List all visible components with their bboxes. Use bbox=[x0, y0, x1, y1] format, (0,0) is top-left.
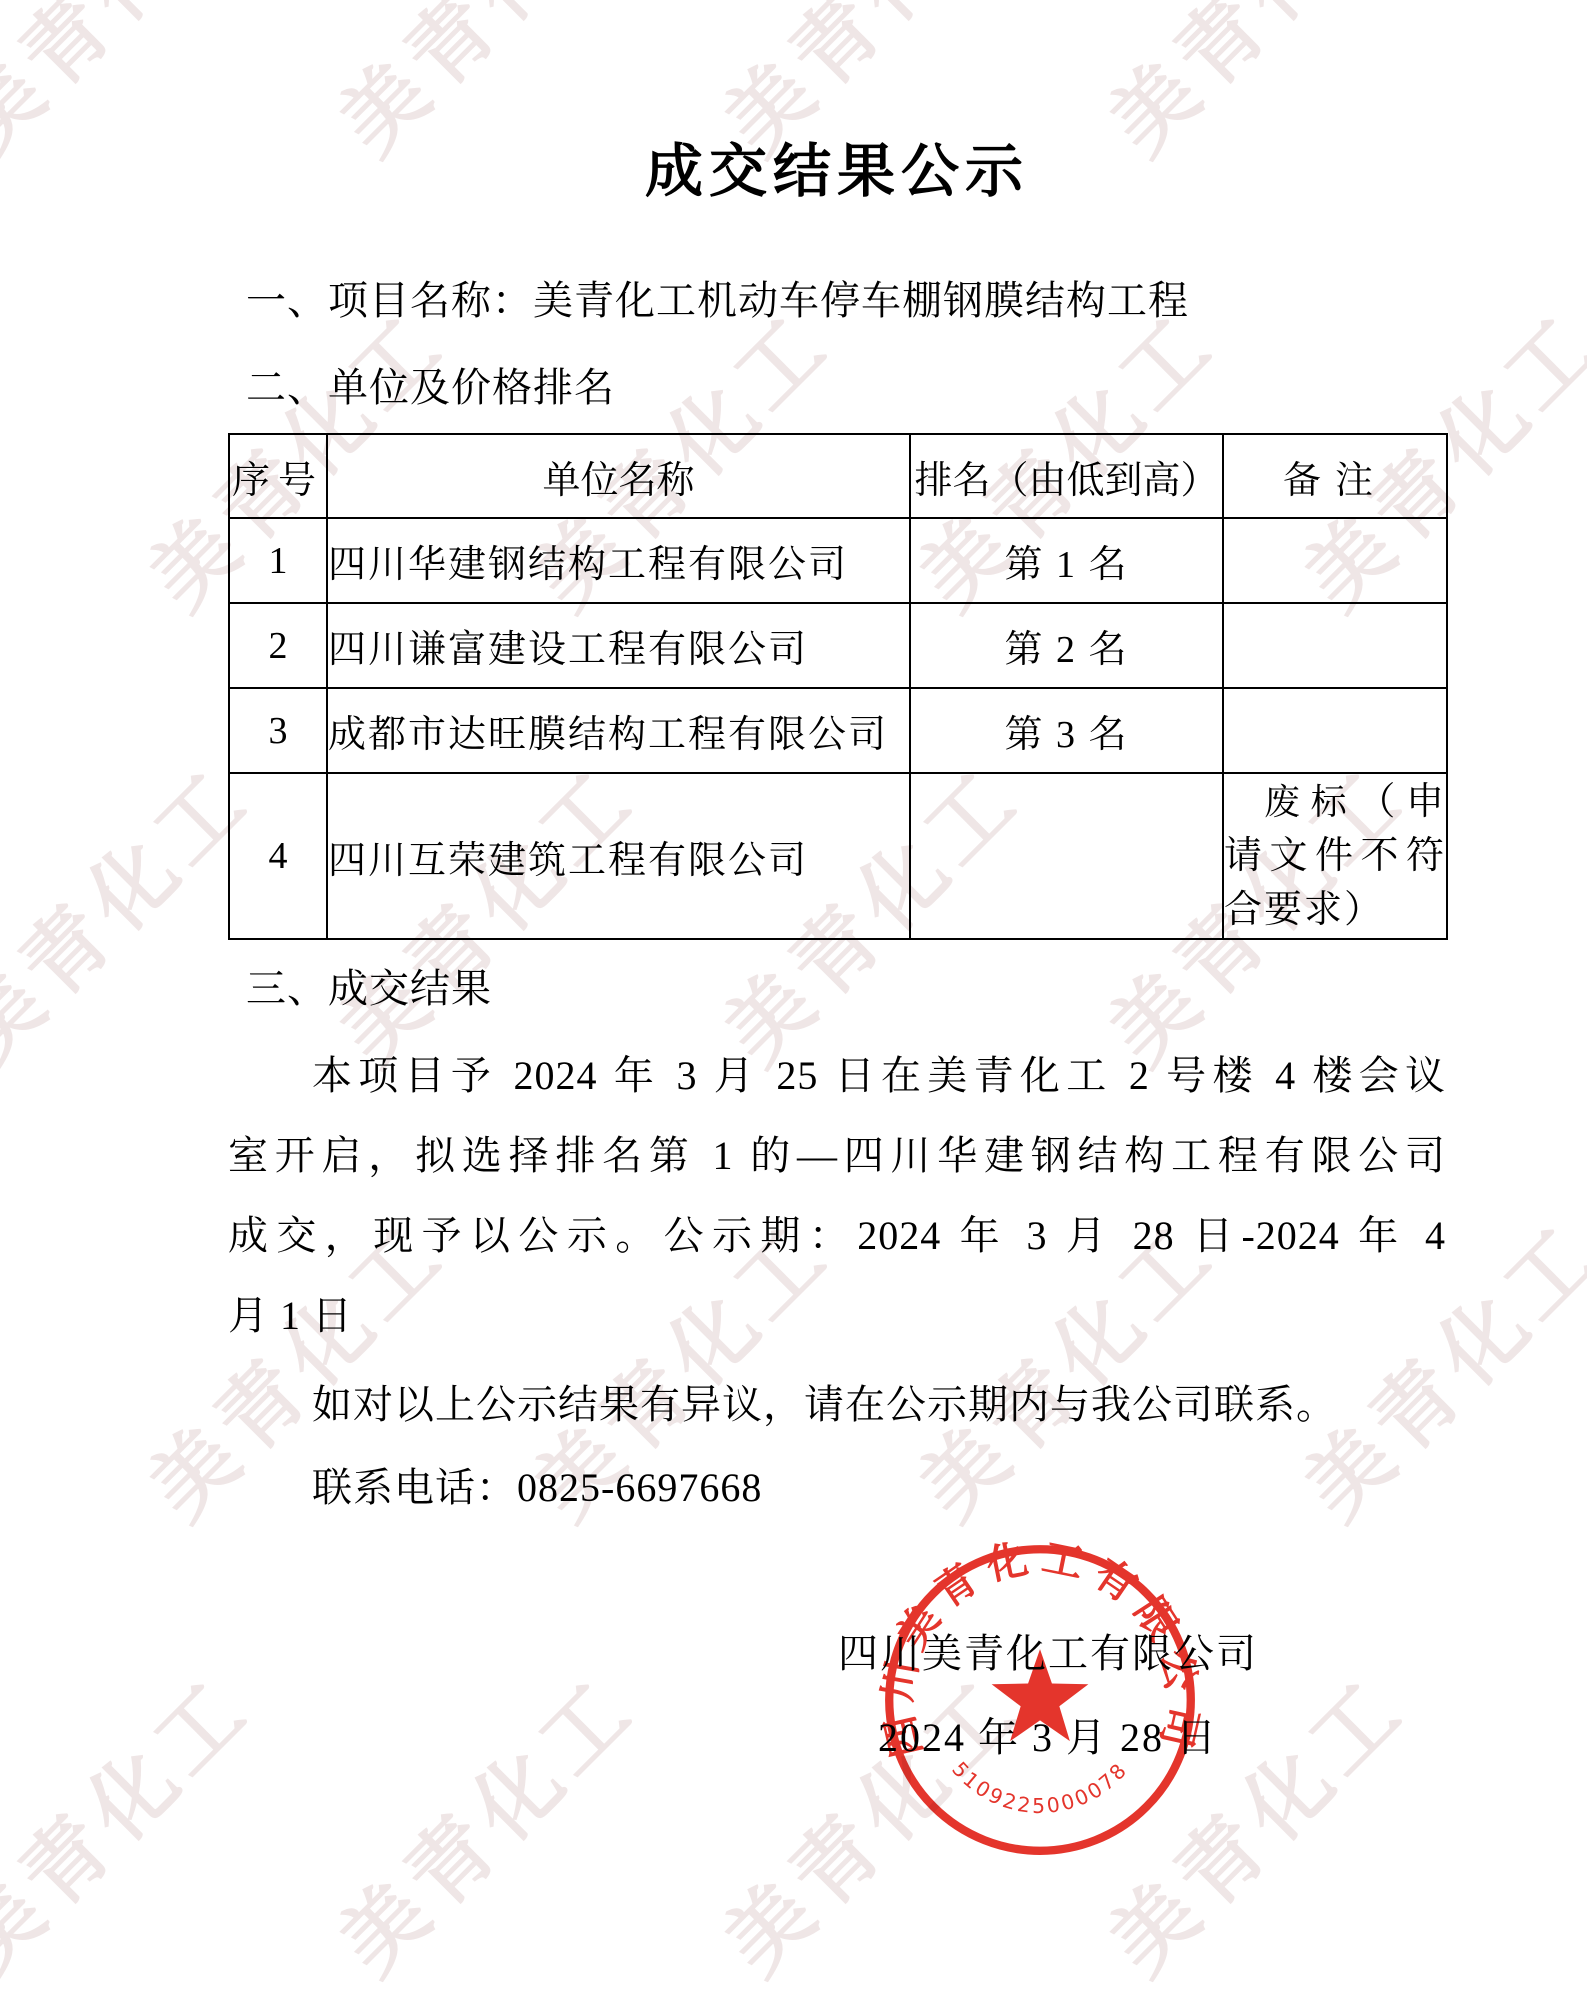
signature-date: 2024 年 3 月 28 日 bbox=[828, 1696, 1268, 1780]
result-paragraph-line: 室开启，拟选择排名第 1 的—四川华建钢结构工程有限公司 bbox=[228, 1116, 1446, 1196]
row-no: 4 bbox=[229, 773, 327, 939]
table-row: 2 四川谦富建设工程有限公司 第 2 名 bbox=[229, 603, 1447, 688]
row-rank bbox=[910, 773, 1223, 939]
signature-company: 四川美青化工有限公司 bbox=[828, 1612, 1268, 1696]
ranking-table: 序号 单位名称 排名（由低到高） 备注 1 四川华建钢结构工程有限公司 第 1 … bbox=[228, 433, 1448, 940]
row-company: 四川互荣建筑工程有限公司 bbox=[327, 773, 910, 939]
table-row: 4 四川互荣建筑工程有限公司 废标（申请文件不符合要求） bbox=[229, 773, 1447, 939]
column-header-no: 序号 bbox=[229, 434, 327, 518]
result-paragraph: 本项目予 2024 年 3 月 25 日在美青化工 2 号楼 4 楼会议 室开启… bbox=[228, 1036, 1446, 1356]
row-no: 1 bbox=[229, 518, 327, 603]
contact-phone: 联系电话：0825-6697668 bbox=[228, 1448, 1446, 1528]
table-row: 3 成都市达旺膜结构工程有限公司 第 3 名 bbox=[229, 688, 1447, 773]
document-page: 美青化工美青化工美青化工美青化工美青化工美青化工美青化工美青化工美青化工美青化工… bbox=[0, 0, 1587, 1998]
result-paragraph-line: 成交，现予以公示。公示期：2024 年 3 月 28 日-2024 年 4 bbox=[228, 1196, 1446, 1276]
row-remark: 废标（申请文件不符合要求） bbox=[1223, 773, 1447, 939]
remark-invalid-bid-label: 废标 bbox=[1264, 782, 1357, 822]
column-header-rank: 排名（由低到高） bbox=[910, 434, 1223, 518]
table-header-row: 序号 单位名称 排名（由低到高） 备注 bbox=[229, 434, 1447, 518]
row-rank: 第 2 名 bbox=[910, 603, 1223, 688]
result-paragraph-line: 月 1 日 bbox=[228, 1276, 1446, 1356]
row-no: 3 bbox=[229, 688, 327, 773]
section-2-heading: 二、单位及价格排名 bbox=[228, 366, 1446, 410]
row-company: 四川华建钢结构工程有限公司 bbox=[327, 518, 910, 603]
row-remark bbox=[1223, 603, 1447, 688]
column-header-company: 单位名称 bbox=[327, 434, 910, 518]
document-content: 成交结果公示 一、项目名称：美青化工机动车停车棚钢膜结构工程 二、单位及价格排名… bbox=[228, 0, 1446, 1780]
row-remark bbox=[1223, 688, 1447, 773]
result-paragraph-line: 本项目予 2024 年 3 月 25 日在美青化工 2 号楼 4 楼会议 bbox=[228, 1036, 1446, 1116]
signature-block: 四川美青化工有限公司 2024 年 3 月 28 日 bbox=[828, 1612, 1268, 1780]
row-rank: 第 3 名 bbox=[910, 688, 1223, 773]
page-title: 成交结果公示 bbox=[228, 0, 1446, 202]
row-company: 成都市达旺膜结构工程有限公司 bbox=[327, 688, 910, 773]
row-no: 2 bbox=[229, 603, 327, 688]
section-1-heading: 一、项目名称：美青化工机动车停车棚钢膜结构工程 bbox=[228, 279, 1446, 323]
column-header-remark: 备注 bbox=[1223, 434, 1447, 518]
objection-notice: 如对以上公示结果有异议，请在公示期内与我公司联系。 bbox=[228, 1365, 1446, 1445]
row-remark bbox=[1223, 518, 1447, 603]
row-company: 四川谦富建设工程有限公司 bbox=[327, 603, 910, 688]
section-3-heading: 三、成交结果 bbox=[228, 967, 1446, 1011]
row-rank: 第 1 名 bbox=[910, 518, 1223, 603]
table-row: 1 四川华建钢结构工程有限公司 第 1 名 bbox=[229, 518, 1447, 603]
